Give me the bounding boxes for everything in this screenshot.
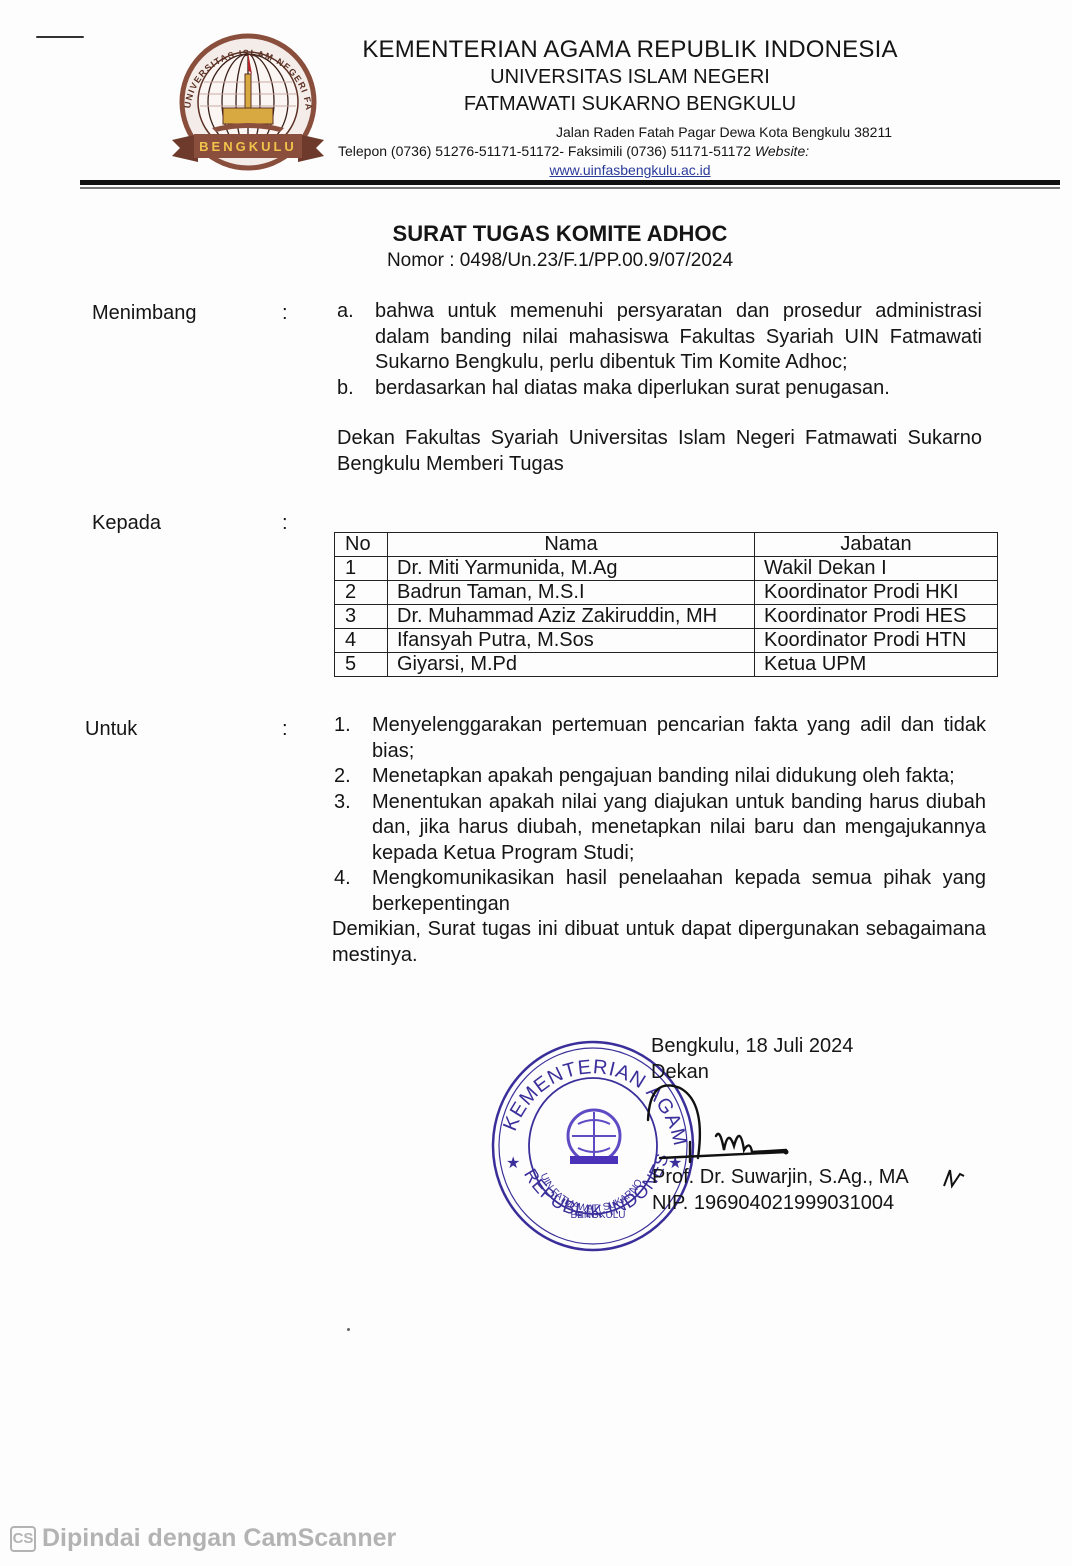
cell-nama: Badrun Taman, M.S.I xyxy=(388,581,755,605)
svg-text:BENGKULU: BENGKULU xyxy=(570,1210,625,1221)
untuk-item-text: Mengkomunikasikan hasil penelaahan kepad… xyxy=(372,867,986,915)
cell-nama: Dr. Miti Yarmunida, M.Ag xyxy=(388,557,755,581)
letterhead-university-name: FATMAWATI SUKARNO BENGKULU xyxy=(330,93,930,116)
menimbang-item-text: berdasarkan hal diatas maka diperlukan s… xyxy=(375,377,890,399)
untuk-item: 3. Menentukan apakah nilai yang diajukan… xyxy=(334,790,986,867)
document-title: SURAT TUGAS KOMITE ADHOC xyxy=(330,221,790,247)
letterhead-ministry: KEMENTERIAN AGAMA REPUBLIK INDONESIA xyxy=(330,36,930,64)
kepada-label: Kepada xyxy=(92,512,161,535)
menimbang-item: b. berdasarkan hal diatas maka diperluka… xyxy=(337,376,982,402)
list-marker: b. xyxy=(337,376,354,402)
letterhead-website-link[interactable]: www.uinfasbengkulu.ac.id xyxy=(330,162,930,178)
menimbang-section: a. bahwa untuk memenuhi persyaratan dan … xyxy=(337,299,982,477)
pen-mark xyxy=(36,36,84,38)
cell-jabatan: Koordinator Prodi HTN xyxy=(755,629,998,653)
untuk-item: 2. Menetapkan apakah pengajuan banding n… xyxy=(334,764,986,790)
scan-speck xyxy=(347,1328,350,1331)
column-header-no: No xyxy=(335,533,388,557)
menimbang-colon: : xyxy=(282,302,288,325)
untuk-closing: Demikian, Surat tugas ini dibuat untuk d… xyxy=(332,917,986,968)
university-logo-icon: UNIVERSITAS ISLAM NEGERI FATMAWATI SUKAR… xyxy=(168,22,328,172)
table-row: 3 Dr. Muhammad Aziz Zakiruddin, MH Koord… xyxy=(335,605,998,629)
cell-nama: Giyarsi, M.Pd xyxy=(388,653,755,677)
camscanner-text: Dipindai dengan CamScanner xyxy=(42,1524,396,1553)
table-header-row: No Nama Jabatan xyxy=(335,533,998,557)
untuk-colon: : xyxy=(282,718,288,741)
cell-no: 1 xyxy=(335,557,388,581)
letterhead-address: Jalan Raden Fatah Pagar Dewa Kota Bengku… xyxy=(480,124,892,140)
column-header-jabatan: Jabatan xyxy=(755,533,998,557)
website-label: Website: xyxy=(755,143,809,159)
cell-nama: Dr. Muhammad Aziz Zakiruddin, MH xyxy=(388,605,755,629)
cell-jabatan: Koordinator Prodi HES xyxy=(755,605,998,629)
cell-no: 4 xyxy=(335,629,388,653)
menimbang-label: Menimbang xyxy=(92,302,197,325)
signatory-name: Prof. Dr. Suwarjin, S.Ag., MA xyxy=(652,1166,909,1189)
letterhead-university: UNIVERSITAS ISLAM NEGERI xyxy=(330,66,930,89)
list-marker: a. xyxy=(337,299,354,325)
menimbang-item-text: bahwa untuk memenuhi persyaratan dan pro… xyxy=(375,300,982,373)
untuk-item-text: Menentukan apakah nilai yang diajukan un… xyxy=(372,791,986,864)
signature-place-date: Bengkulu, 18 Juli 2024 xyxy=(651,1035,853,1058)
letterhead-rule-thick xyxy=(80,180,1060,185)
cell-nama: Ifansyah Putra, M.Sos xyxy=(388,629,755,653)
untuk-item: 4. Mengkomunikasikan hasil penelaahan ke… xyxy=(334,866,986,917)
cell-no: 3 xyxy=(335,605,388,629)
svg-text:BENGKULU: BENGKULU xyxy=(199,139,297,154)
list-marker: 1. xyxy=(334,713,351,739)
document-number: Nomor : 0498/Un.23/F.1/PP.00.9/07/2024 xyxy=(330,250,790,272)
list-marker: 3. xyxy=(334,790,351,816)
untuk-label: Untuk xyxy=(85,718,137,741)
cell-no: 2 xyxy=(335,581,388,605)
untuk-item-text: Menetapkan apakah pengajuan banding nila… xyxy=(372,765,955,787)
cell-jabatan: Wakil Dekan I xyxy=(755,557,998,581)
letterhead-phone: Telepon (0736) 51276-51171-51172- Faksim… xyxy=(338,143,809,159)
signatory-nip: NIP. 196904021999031004 xyxy=(652,1192,894,1215)
paraf-initial-icon xyxy=(940,1166,966,1190)
assignee-table: No Nama Jabatan 1 Dr. Miti Yarmunida, M.… xyxy=(334,532,998,677)
untuk-section: 1. Menyelenggarakan pertemuan pencarian … xyxy=(334,713,986,968)
cell-jabatan: Koordinator Prodi HKI xyxy=(755,581,998,605)
handwritten-signature-icon xyxy=(640,1080,830,1170)
letterhead-rule-thin xyxy=(80,187,1060,189)
camscanner-watermark: CS Dipindai dengan CamScanner xyxy=(10,1524,396,1553)
list-marker: 4. xyxy=(334,866,351,892)
cell-no: 5 xyxy=(335,653,388,677)
table-row: 2 Badrun Taman, M.S.I Koordinator Prodi … xyxy=(335,581,998,605)
kepada-colon: : xyxy=(282,512,288,535)
untuk-item: 1. Menyelenggarakan pertemuan pencarian … xyxy=(334,713,986,764)
column-header-nama: Nama xyxy=(388,533,755,557)
table-row: 5 Giyarsi, M.Pd Ketua UPM xyxy=(335,653,998,677)
untuk-item-text: Menyelenggarakan pertemuan pencarian fak… xyxy=(372,714,986,762)
menimbang-closing: Dekan Fakultas Syariah Universitas Islam… xyxy=(337,426,982,477)
list-marker: 2. xyxy=(334,764,351,790)
phone-text: Telepon (0736) 51276-51171-51172- Faksim… xyxy=(338,143,755,159)
cell-jabatan: Ketua UPM xyxy=(755,653,998,677)
table-row: 1 Dr. Miti Yarmunida, M.Ag Wakil Dekan I xyxy=(335,557,998,581)
camscanner-logo-icon: CS xyxy=(10,1526,36,1552)
svg-text:★: ★ xyxy=(506,1155,520,1172)
menimbang-item: a. bahwa untuk memenuhi persyaratan dan … xyxy=(337,299,982,376)
table-row: 4 Ifansyah Putra, M.Sos Koordinator Prod… xyxy=(335,629,998,653)
